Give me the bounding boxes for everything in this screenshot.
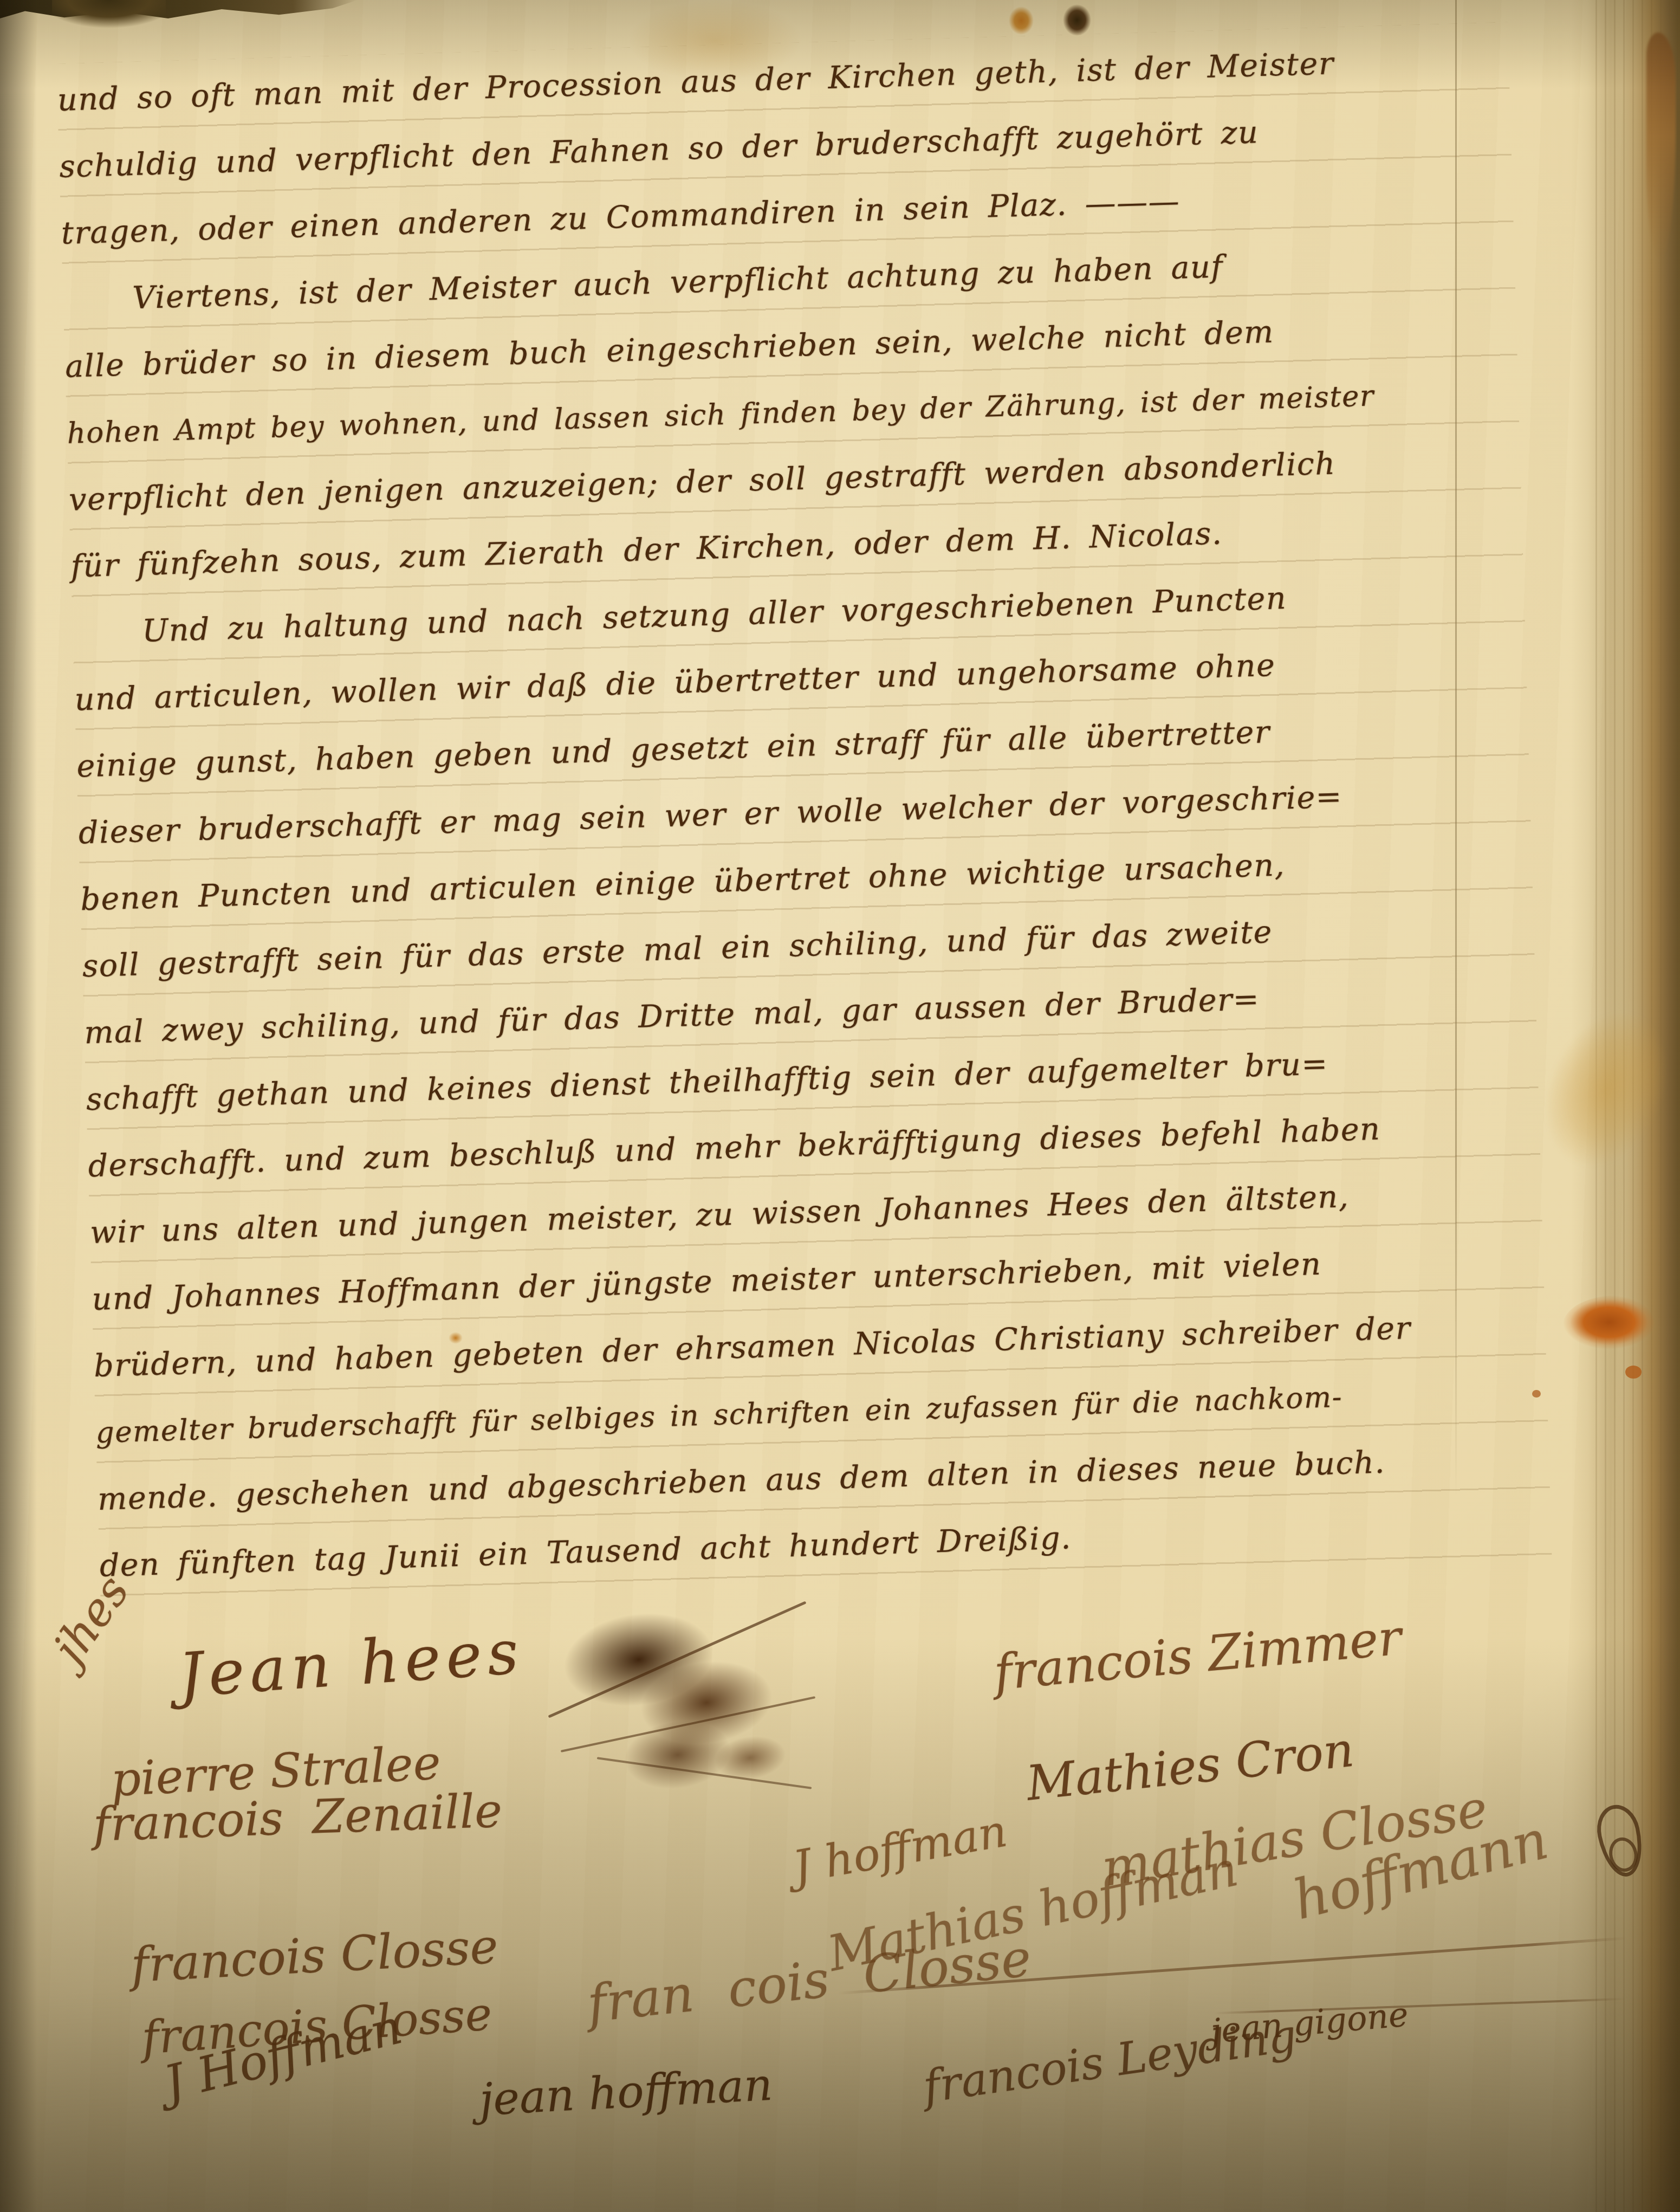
manuscript-text-block: und so oft man mit der Procession aus de… [56, 22, 1552, 1600]
page-crease-shadow [1571, 0, 1636, 2212]
book-top-edge-nub [52, 0, 166, 28]
manuscript-photo: und so oft man mit der Procession aus de… [0, 0, 1680, 2212]
